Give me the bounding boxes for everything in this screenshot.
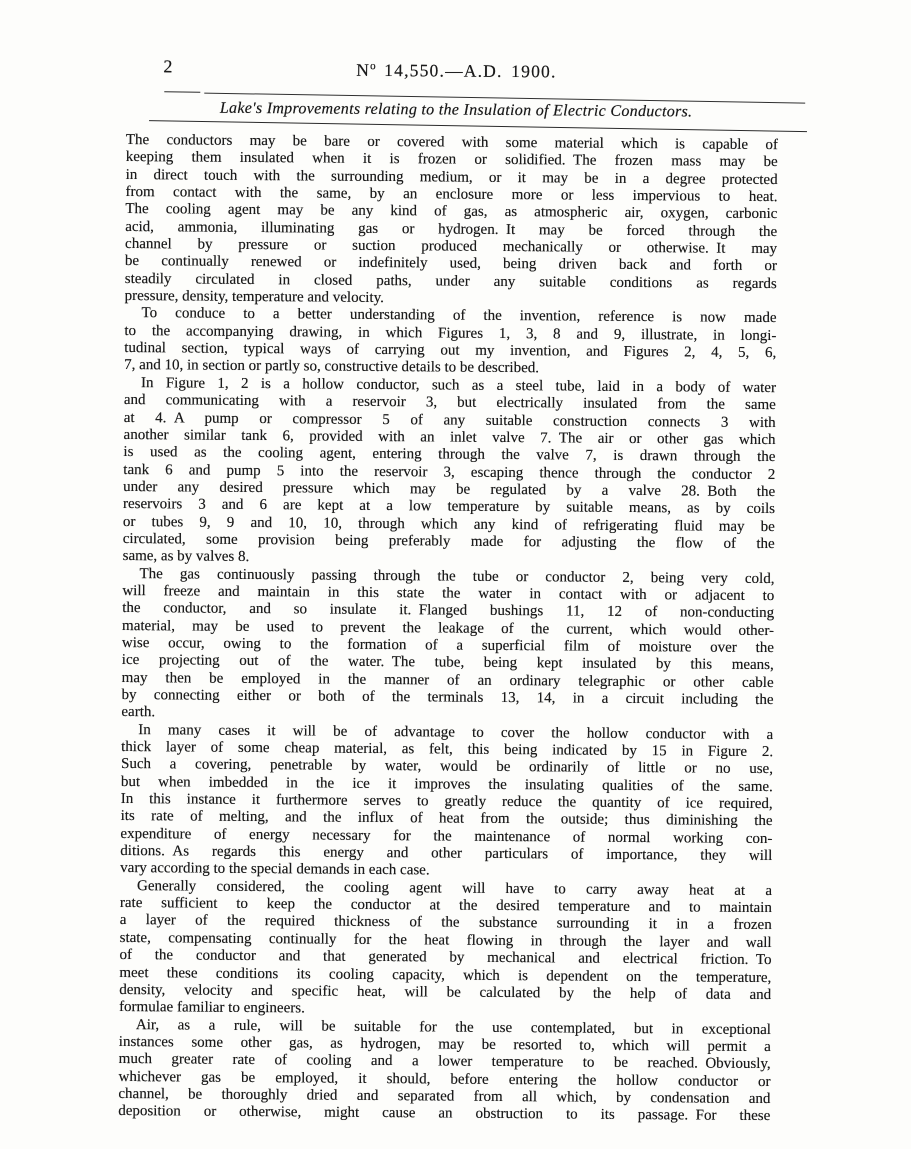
- paragraph: The conductors may be bare or covered wi…: [125, 132, 778, 311]
- paragraph: To conduce to a better understanding of …: [124, 305, 777, 379]
- header-rule-dash: [164, 91, 200, 92]
- text-line: deposition or otherwise, might cause an …: [118, 1103, 770, 1125]
- patent-number-heading: No 14,550.—A.D. 1900.: [126, 58, 786, 84]
- patent-number-prefix: N: [356, 60, 370, 80]
- document-page: 2 No 14,550.—A.D. 1900. Lake's Improveme…: [0, 0, 911, 1149]
- patent-number-rest: 14,550.—A.D. 1900.: [376, 60, 557, 81]
- paragraph: The gas continuously passing through the…: [121, 566, 774, 727]
- paragraph: In Figure 1, 2 is a hollow conductor, su…: [123, 375, 776, 571]
- header-rule-bottom: [149, 120, 807, 132]
- patent-body-text: The conductors may be bare or covered wi…: [118, 132, 778, 1126]
- document-title: Lake's Improvements relating to the Insu…: [126, 99, 786, 122]
- paragraph: In many cases it will be of advantage to…: [120, 722, 773, 883]
- paragraph: Generally considered, the cooling agent …: [119, 878, 772, 1022]
- paragraph: Air, as a rule, will be suitable for the…: [118, 1016, 771, 1125]
